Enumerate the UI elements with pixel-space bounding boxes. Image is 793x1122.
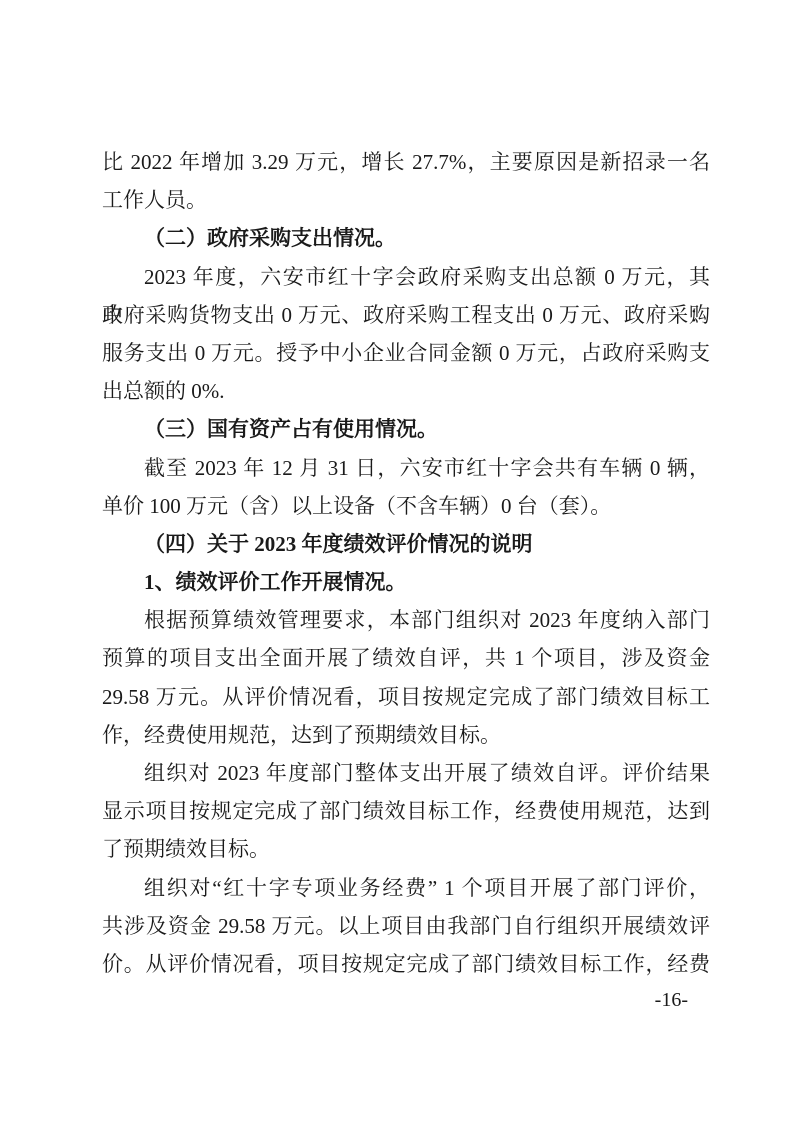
- text-line: 2023 年度，六安市红十字会政府采购支出总额 0 万元，其中：: [102, 258, 710, 296]
- text-line: 共涉及资金 29.58 万元。以上项目由我部门自行组织开展绩效评: [102, 907, 710, 945]
- text-line: 服务支出 0 万元。授予中小企业合同金额 0 万元，占政府采购支: [102, 334, 710, 372]
- document-body: 比 2022 年增加 3.29 万元，增长 27.7%，主要原因是新招录一名工作…: [102, 143, 710, 983]
- heading-line: （三）国有资产占有使用情况。: [102, 410, 710, 448]
- text-line: 预算的项目支出全面开展了绩效自评，共 1 个项目，涉及资金: [102, 639, 710, 677]
- heading-line: （二）政府采购支出情况。: [102, 219, 710, 257]
- text-line: 比 2022 年增加 3.29 万元，增长 27.7%，主要原因是新招录一名: [102, 143, 710, 181]
- text-line: 工作人员。: [102, 181, 710, 219]
- text-line: 单价 100 万元（含）以上设备（不含车辆）0 台（套）。: [102, 487, 710, 525]
- text-line: 29.58 万元。从评价情况看，项目按规定完成了部门绩效目标工: [102, 678, 710, 716]
- text-line: 价。从评价情况看，项目按规定完成了部门绩效目标工作，经费: [102, 945, 710, 983]
- page-number: -16-: [102, 986, 710, 1014]
- heading-line: （四）关于 2023 年度绩效评价情况的说明: [102, 525, 710, 563]
- text-line: 了预期绩效目标。: [102, 830, 710, 868]
- text-line: 截至 2023 年 12 月 31 日，六安市红十字会共有车辆 0 辆，: [102, 449, 710, 487]
- text-line: 显示项目按规定完成了部门绩效目标工作，经费使用规范，达到: [102, 792, 710, 830]
- text-line: 组织对 2023 年度部门整体支出开展了绩效自评。评价结果: [102, 754, 710, 792]
- heading-line: 1、绩效评价工作开展情况。: [102, 563, 710, 601]
- document-page: 比 2022 年增加 3.29 万元，增长 27.7%，主要原因是新招录一名工作…: [0, 0, 793, 1122]
- text-line: 出总额的 0%.: [102, 372, 710, 410]
- text-line: 作，经费使用规范，达到了预期绩效目标。: [102, 716, 710, 754]
- text-line: 组织对“红十字专项业务经费” 1 个项目开展了部门评价，: [102, 869, 710, 907]
- text-line: 政府采购货物支出 0 万元、政府采购工程支出 0 万元、政府采购: [102, 296, 710, 334]
- text-line: 根据预算绩效管理要求，本部门组织对 2023 年度纳入部门: [102, 601, 710, 639]
